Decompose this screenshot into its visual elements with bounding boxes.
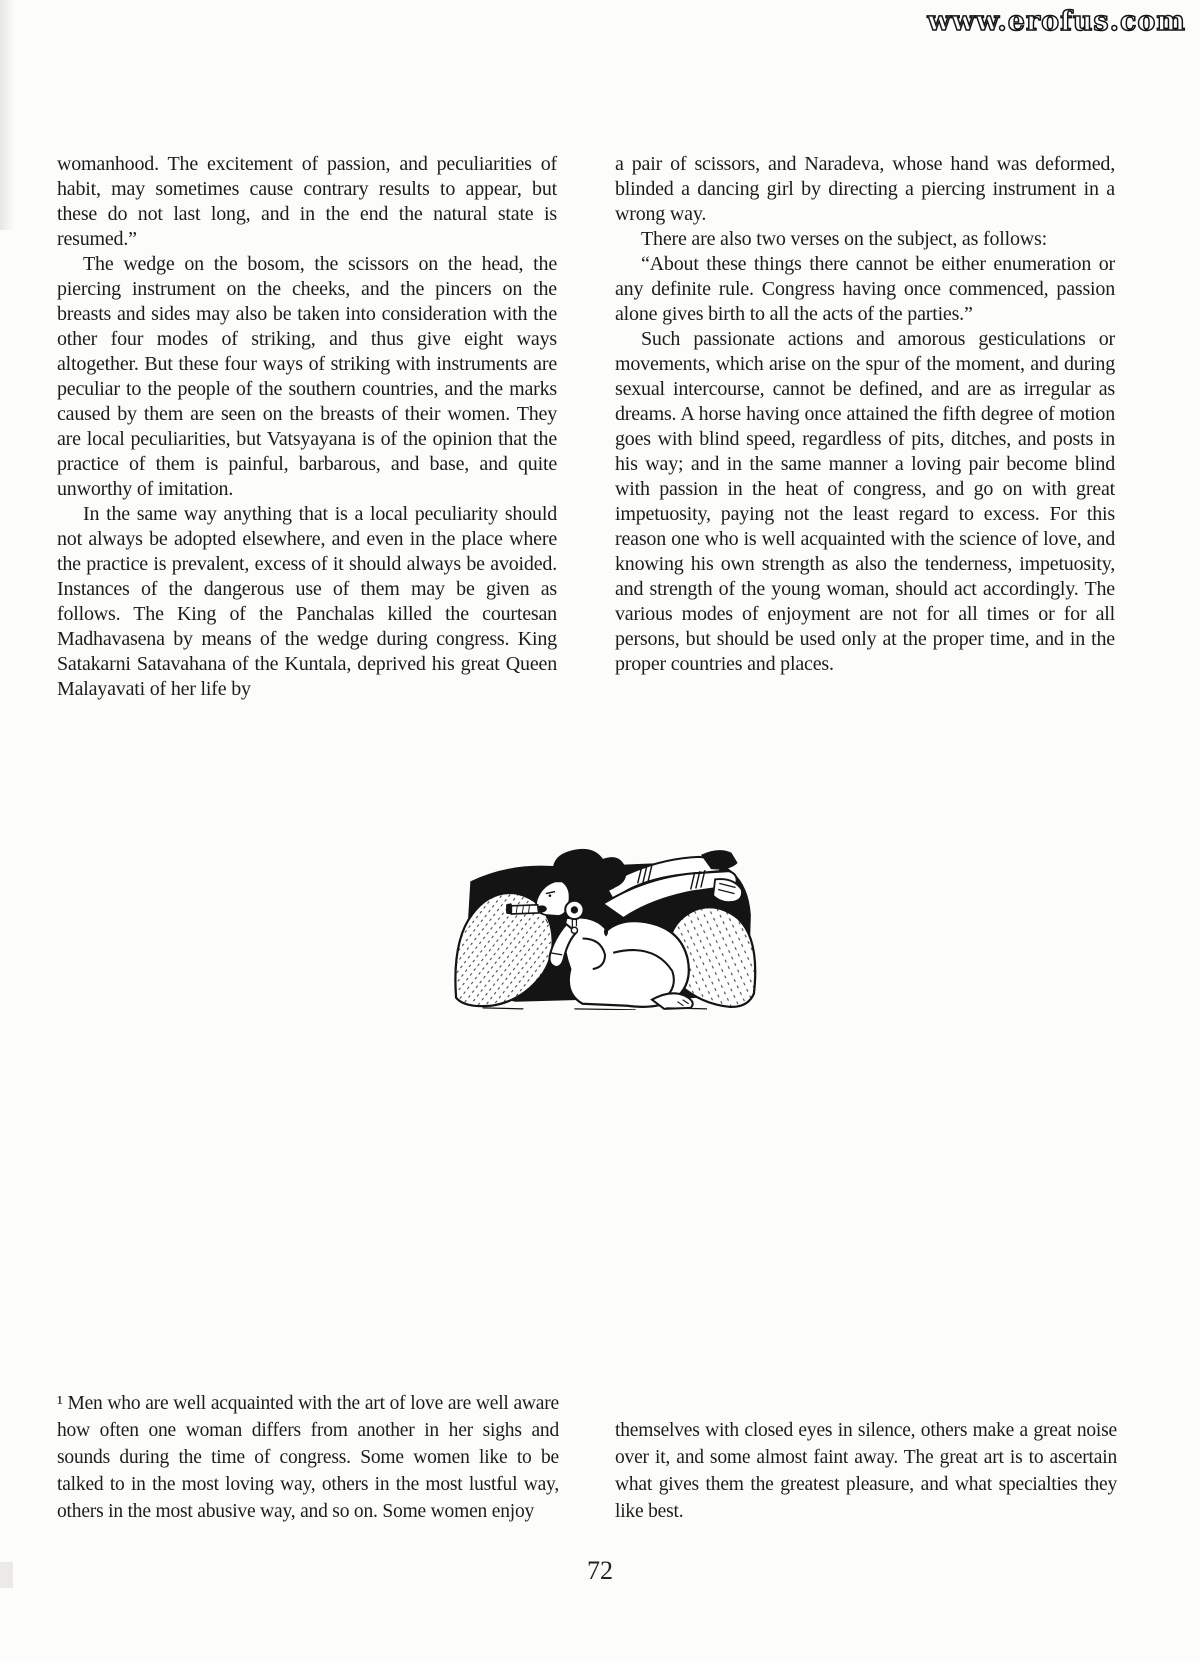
footnote-left: ¹ Men who are well acquainted with the a… <box>57 1390 559 1525</box>
page-number: 72 <box>0 1556 1200 1586</box>
left-column: womanhood. The excitement of passion, an… <box>57 152 557 702</box>
watermark: www.erofus.com <box>927 6 1186 37</box>
ink-illustration <box>452 818 758 1010</box>
paragraph: “About these things there cannot be eith… <box>615 252 1115 327</box>
footnote-right: themselves with closed eyes in silence, … <box>615 1417 1117 1525</box>
scan-edge-artifact <box>0 0 14 230</box>
paragraph: In the same way anything that is a local… <box>57 502 557 702</box>
paragraph: Such passionate actions and amorous gest… <box>615 327 1115 677</box>
paragraph: womanhood. The excitement of passion, an… <box>57 152 557 252</box>
paragraph: There are also two verses on the subject… <box>615 227 1115 252</box>
right-column: a pair of scissors, and Naradeva, whose … <box>615 152 1115 677</box>
paragraph: The wedge on the bosom, the scissors on … <box>57 252 557 502</box>
paragraph: a pair of scissors, and Naradeva, whose … <box>615 152 1115 227</box>
book-page: www.erofus.com womanhood. The excitement… <box>0 0 1200 1661</box>
